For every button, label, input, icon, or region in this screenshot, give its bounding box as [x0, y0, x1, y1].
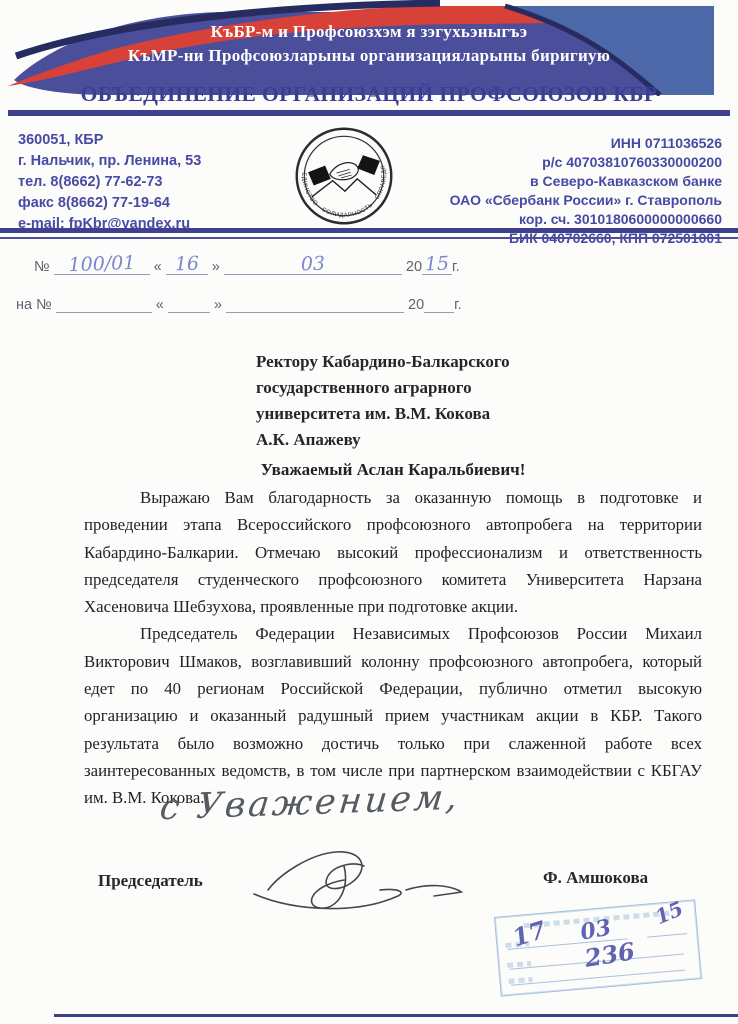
bank-branch-line: в Северо-Кавказском банке [450, 172, 722, 191]
day-field: 16 [166, 258, 208, 275]
no-sign: № [34, 259, 50, 275]
outgoing-number-row: № 100/01 « 16 » 03 2015г. [34, 258, 460, 275]
reply-month-field [226, 296, 404, 313]
year-value: 15 [422, 254, 453, 274]
settlement-account-line: р/с 40703810760330000200 [450, 153, 722, 172]
contact-block-left: 360051, КБР г. Нальчик, пр. Ленина, 53 т… [18, 130, 201, 235]
title-divider-bar [8, 110, 730, 116]
postal-code: 360051, КБР [18, 130, 201, 151]
stamp-incoming-number: 236 [583, 936, 637, 972]
handshake-emblem-icon: ЕДИНСТВО · СОЛИДАРНОСТЬ · СПРАВЕДЛИВОСТЬ [283, 124, 405, 228]
bank-name-line: ОАО «Сбербанк России» г. Ставрополь [450, 191, 722, 210]
quote-close: » [214, 297, 222, 313]
day-value: 16 [165, 254, 208, 274]
year-suffix: г. [452, 259, 460, 275]
year-field: 15 [422, 258, 452, 275]
quote-close: » [212, 259, 220, 275]
reply-year-prefix: 20 [408, 297, 424, 313]
banner-motto-line2: КъМР-ни Профсоюзларыны организацияларыны… [0, 46, 738, 66]
phone-line: тел. 8(8662) 77-62-73 [18, 172, 201, 193]
body-paragraph-1: Выражаю Вам благодарность за оказанную п… [84, 484, 702, 620]
signer-position: Председатель [98, 871, 203, 891]
reply-year-suffix: г. [454, 297, 462, 313]
year-prefix: 20 [406, 259, 422, 275]
signer-name: Ф. Амшокова [543, 868, 648, 888]
quote-open: « [156, 297, 164, 313]
letter-body: Уважаемый Аслан Каральбиевич! Выражаю Ва… [84, 460, 702, 812]
footer-rule [54, 1014, 738, 1017]
header-divider-thin [0, 237, 738, 239]
addressee-line1: Ректору Кабардино-Балкарского [256, 349, 510, 375]
month-field: 03 [224, 258, 402, 275]
addressee-line4: А.К. Апажеву [256, 427, 510, 453]
salutation: Уважаемый Аслан Каральбиевич! [84, 460, 702, 480]
banner-motto-line1: КъБР-м и Профсоюзхэм я зэгухьэныгъэ [0, 22, 738, 42]
quote-open: « [154, 259, 162, 275]
header-divider-thick [0, 228, 738, 233]
organization-title: ОБЪЕДИНЕНИЕ ОРГАНИЗАЦИЙ ПРОФСОЮЗОВ КБР [0, 82, 738, 107]
signature-scribble [248, 838, 468, 913]
stamp-year: 15 [652, 896, 687, 929]
fax-line: факс 8(8662) 77-19-64 [18, 193, 201, 214]
addressee-block: Ректору Кабардино-Балкарского государств… [256, 349, 510, 453]
incoming-registration-stamp: 17 03 15 236 [494, 899, 702, 996]
reply-year-field [424, 296, 454, 313]
na-no-sign: на № [16, 297, 52, 313]
addressee-line3: университета им. В.М. Кокова [256, 401, 510, 427]
address-line: г. Нальчик, пр. Ленина, 53 [18, 151, 201, 172]
outgoing-number-field: 100/01 [54, 258, 150, 275]
outgoing-number-value: 100/01 [53, 253, 150, 275]
corr-account-line: кор. сч. 3010180600000000660 [450, 210, 722, 229]
reply-day-field [168, 296, 210, 313]
incoming-number-row: на № « » 20г. [16, 296, 462, 313]
month-value: 03 [224, 252, 403, 277]
inn-line: ИНН 0711036526 [450, 134, 722, 153]
addressee-line2: государственного аграрного [256, 375, 510, 401]
reply-number-field [56, 296, 152, 313]
